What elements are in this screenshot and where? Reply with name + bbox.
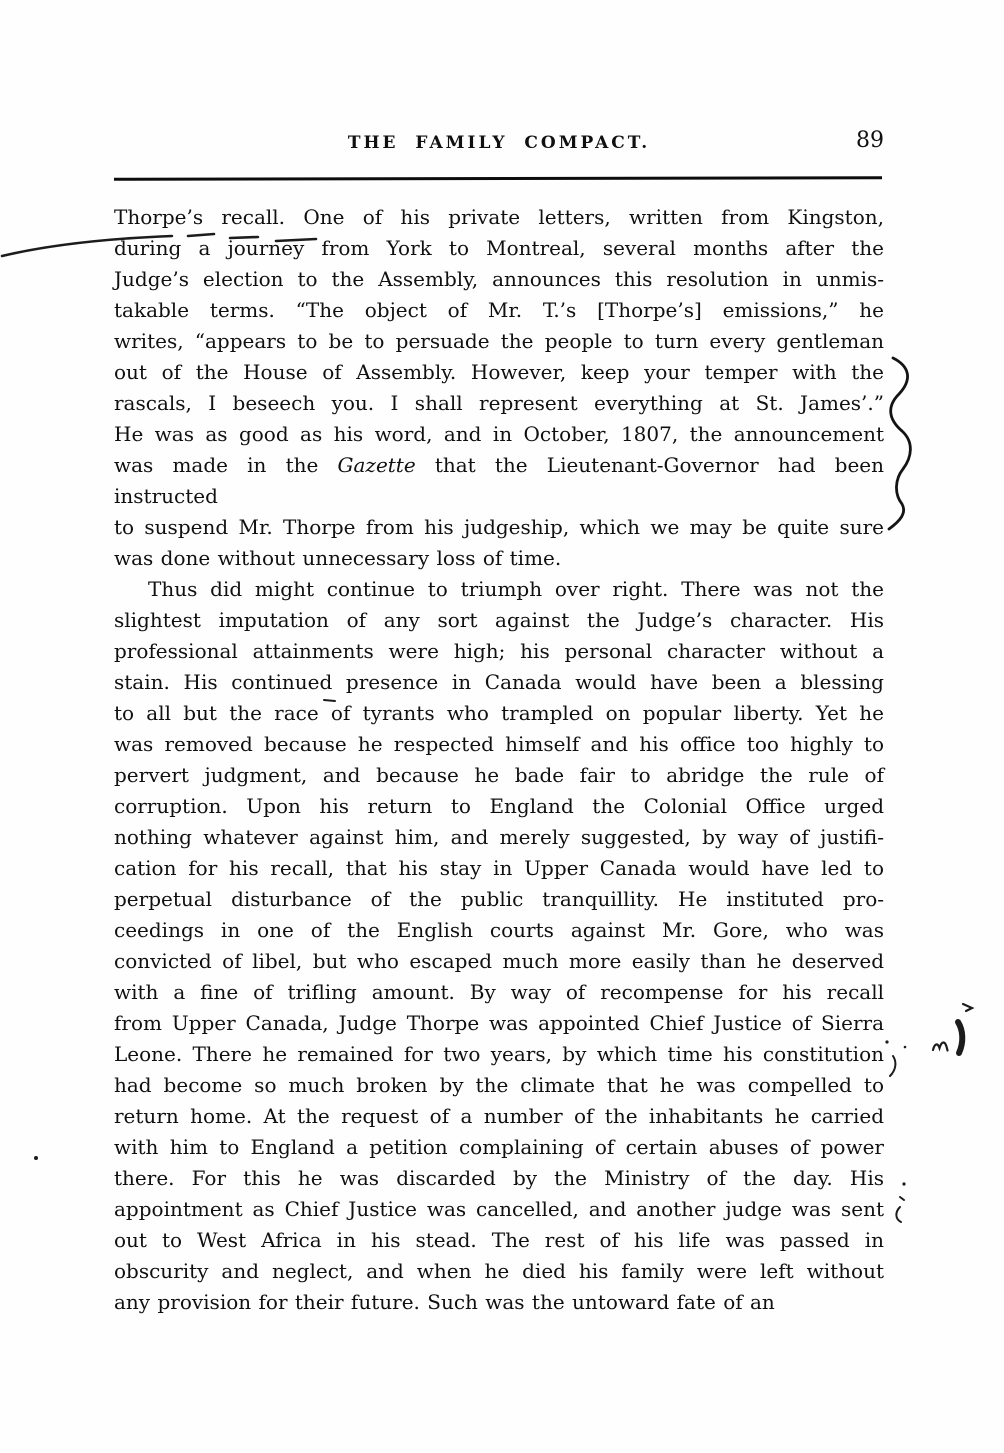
text-line: during a journey from York to Montreal, …	[114, 233, 884, 264]
gazette-italic-word: Gazette	[338, 453, 416, 477]
text-line: had become so much broken by the climate…	[114, 1070, 884, 1101]
text-line: cation for his recall, that his stay in …	[114, 853, 884, 884]
text-line: convicted of libel, but who escaped much…	[114, 946, 884, 977]
gazette-text-before: was made in the	[114, 453, 338, 477]
text-line: with a fine of trifling amount. By way o…	[114, 977, 884, 1008]
text-line: Thorpe’s recall. One of his private lett…	[114, 202, 884, 233]
text-line: pervert judgment, and because he bade fa…	[114, 760, 884, 791]
pencil-brace-mark	[889, 358, 910, 529]
text-line: was removed because he respected himself…	[114, 729, 884, 760]
text-line: corruption. Upon his return to England t…	[114, 791, 884, 822]
text-line: Leone. There he remained for two years, …	[114, 1039, 884, 1070]
paragraph-2: Thus did might continue to triumph over …	[114, 574, 884, 1318]
text-line: takable terms. “The object of Mr. T.’s […	[114, 295, 884, 326]
header-rule	[114, 176, 882, 181]
text-line: there. For this he was discarded by the …	[114, 1163, 884, 1194]
text-line: out of the House of Assembly. However, k…	[114, 357, 884, 388]
text-line: ceedings in one of the English courts ag…	[114, 915, 884, 946]
text-line: was done without unnecessary loss of tim…	[114, 543, 884, 574]
text-line-gazette: was made in the Gazette that the Lieuten…	[114, 450, 884, 512]
pencil-speck-marks	[896, 1182, 905, 1222]
body-text: Thorpe’s recall. One of his private lett…	[114, 202, 884, 1318]
text-line: slightest imputation of any sort against…	[114, 605, 884, 636]
text-line: with him to England a petition complaini…	[114, 1132, 884, 1163]
text-line: He was as good as his word, and in Octob…	[114, 419, 884, 450]
text-line: stain. His continued presence in Canada …	[114, 667, 884, 698]
text-line: to all but the race of tyrants who tramp…	[114, 698, 884, 729]
text-line: appointment as Chief Justice was cancell…	[114, 1194, 884, 1225]
text-line: from Upper Canada, Judge Thorpe was appo…	[114, 1008, 884, 1039]
text-line: professional attainments were high; his …	[114, 636, 884, 667]
text-line: any provision for their future. Such was…	[114, 1287, 884, 1318]
running-title: THE FAMILY COMPACT.	[114, 133, 884, 153]
text-line: return home. At the request of a number …	[114, 1101, 884, 1132]
text-line: writes, “appears to be to persuade the p…	[114, 326, 884, 357]
page-number: 89	[856, 128, 884, 153]
text-line: nothing whatever against him, and merely…	[114, 822, 884, 853]
text-line: rascals, I beseech you. I shall represen…	[114, 388, 884, 419]
text-line: out to West Africa in his stead. The res…	[114, 1225, 884, 1256]
pencil-scribble-mark	[885, 1004, 972, 1076]
text-line: Judge’s election to the Assembly, announ…	[114, 264, 884, 295]
pencil-dot-mark	[34, 1156, 38, 1160]
paragraph-1: Thorpe’s recall. One of his private lett…	[114, 202, 884, 574]
text-line: Thus did might continue to triumph over …	[114, 574, 884, 605]
book-page: THE FAMILY COMPACT. 89 Thorpe’s recall. …	[0, 0, 1004, 1453]
text-line: obscurity and neglect, and when he died …	[114, 1256, 884, 1287]
text-line: perpetual disturbance of the public tran…	[114, 884, 884, 915]
text-line: to suspend Mr. Thorpe from his judgeship…	[114, 512, 884, 543]
